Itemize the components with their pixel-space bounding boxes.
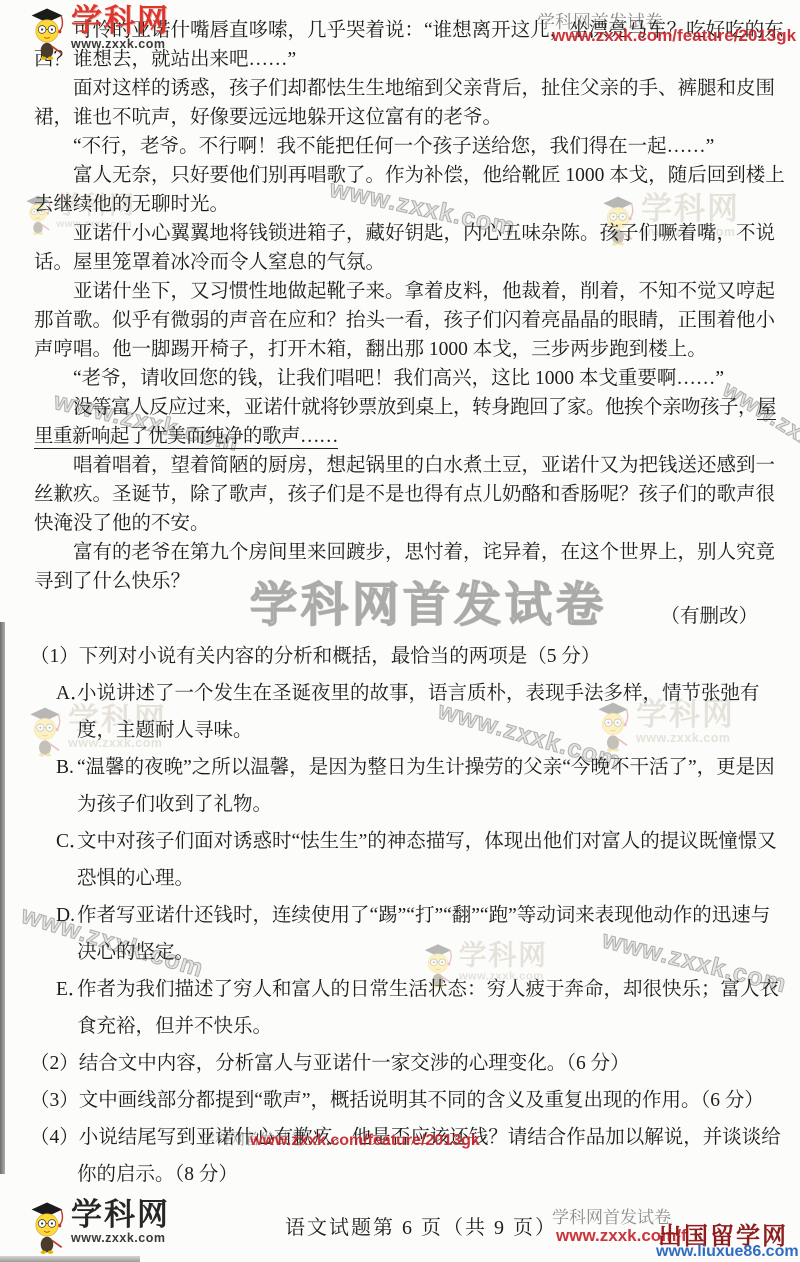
option-b-text: “温馨的夜晚”之所以温馨，是因为整日为生计操劳的父亲“今晚不干活了”，更是因为孩… [77, 757, 775, 815]
zxxk-logo-text: 学科网 [71, 1198, 170, 1231]
option-d: D.作者写亚诺什还钱时，连续使用了“踢”“打”“翻”“跑”等动词来表现他动作的迅… [30, 897, 788, 971]
zxxk-logo-top: 学科网www.zxxk.com [26, 4, 170, 62]
scan-edge-bottom [0, 1256, 140, 1262]
passage-text: 没等富人反应过来，亚诺什就将钞票放到桌上，转身跑回了家。他挨个亲吻孩子， [73, 397, 757, 418]
option-b: B.“温馨的夜晚”之所以温馨，是因为整日为生计操劳的父亲“今晚不干活了”，更是因… [30, 749, 788, 823]
zxxk-mascot-icon [26, 4, 68, 62]
option-d-label: D. [56, 897, 75, 934]
question-3: （3）文中画线部分都提到“歌声”，概括说明其不同的含义及重复出现的作用。（6 分… [30, 1082, 788, 1119]
question-2: （2）结合文中内容，分析富人与亚诺什一家交涉的心理变化。（6 分） [30, 1045, 788, 1082]
reading-passage: 可怜的亚诺什嘴唇直哆嗦，几乎哭着说：“谁想离开这儿，坐漂亮马车？吃好吃的东西？谁… [34, 16, 786, 631]
passage-paragraph: 亚诺什小心翼翼地将钱锁进箱子，藏好钥匙，内心五味杂陈。孩子们噘着嘴，不说话。屋里… [34, 219, 786, 277]
question-1: （1）下列对小说有关内容的分析和概括，最恰当的两项是（5 分） [30, 638, 788, 675]
zxxk-logo-url: www.zxxk.com [71, 1231, 170, 1245]
zxxk-mascot-icon [26, 1198, 68, 1256]
passage-paragraph: “不行，老爷。不行啊！我不能把任何一个孩子送给您，我们得在一起……” [34, 132, 786, 161]
option-c-text: 文中对孩子们面对诱惑时“怯生生”的神态描写，体现出他们对富人的提议既憧憬又恐惧的… [77, 831, 777, 889]
option-a-text: 小说讲述了一个发生在圣诞夜里的故事，语言质朴，表现手法多样，情节张弛有度，主题耐… [77, 683, 760, 741]
watermark-red-link-top: www.zxxk.com/feature/2013gk [552, 26, 796, 46]
option-b-label: B. [56, 749, 74, 786]
page-number: 语文试题第 6 页（共 9 页） [285, 1211, 557, 1240]
passage-paragraph: “老爷，请收回您的钱，让我们唱吧！我们高兴，这比 1000 本戈重要啊……” [34, 364, 786, 393]
zxxk-logo-text: 学科网 [71, 4, 170, 37]
option-d-text: 作者写亚诺什还钱时，连续使用了“踢”“打”“翻”“跑”等动词来表现他动作的迅速与… [77, 905, 770, 963]
passage-paragraph: 面对这样的诱惑，孩子们却都怯生生地缩到父亲背后，扯住父亲的手、裤腿和皮围裙，谁也… [34, 74, 786, 132]
watermark-red-link-q4: www.zxxk.com/feature/2013gk [250, 1132, 480, 1150]
option-e-text: 作者为我们描述了穷人和富人的日常生活状态：穷人疲于奔命，却很快乐；富人衣食充裕，… [77, 979, 779, 1037]
question-4: （4）小说结尾写到亚诺什心有歉疚。他是否应该还钱？请结合作品加以解说，并谈谈给你… [30, 1119, 788, 1193]
passage-paragraph: 亚诺什坐下，又习惯性地做起靴子来。拿着皮料，他裁着，削着，不知不觉又哼起那首歌。… [34, 277, 786, 364]
liuxue-url: www.liuxue86.com [656, 1243, 799, 1261]
option-a: A．小说讲述了一个发生在圣诞夜里的故事，语言质朴，表现手法多样，情节张弛有度，主… [30, 675, 788, 749]
option-e: E．作者为我们描述了穷人和富人的日常生活状态：穷人疲于奔命，却很快乐；富人衣食充… [30, 971, 788, 1045]
passage-paragraph: 富有的老爷在第九个房间里来回踱步，思忖着，诧异着，在这个世界上，别人究竟寻到了什… [34, 538, 786, 596]
exam-paper-page: 学科网首发试卷 www.zxxk.com www.zxxk.com www.zx… [0, 0, 800, 1262]
option-c: C．文中对孩子们面对诱惑时“怯生生”的神态描写，体现出他们对富人的提议既憧憬又恐… [30, 823, 788, 897]
questions-section: （1）下列对小说有关内容的分析和概括，最恰当的两项是（5 分） A．小说讲述了一… [30, 638, 788, 1193]
passage-paragraph: 唱着唱着，望着简陋的厨房，想起锅里的白水煮土豆，亚诺什又为把钱送还感到一丝歉疚。… [34, 451, 786, 538]
scan-edge-left [0, 622, 5, 1174]
passage-paragraph: 富人无奈，只好要他们别再唱歌了。作为补偿，他给靴匠 1000 本戈，随后回到楼上… [34, 161, 786, 219]
option-c-label: C． [56, 823, 89, 860]
option-a-label: A． [56, 675, 90, 712]
passage-attribution: （有删改） [34, 602, 786, 631]
zxxk-logo-url: www.zxxk.com [71, 37, 170, 51]
zxxk-logo-footer: 学科网www.zxxk.com [26, 1198, 170, 1256]
watermark-first-release-footer: 学科网首发试卷 [552, 1203, 671, 1228]
passage-paragraph: 没等富人反应过来，亚诺什就将钞票放到桌上，转身跑回了家。他挨个亲吻孩子，屋里重新… [34, 393, 786, 451]
option-e-label: E． [56, 971, 87, 1008]
